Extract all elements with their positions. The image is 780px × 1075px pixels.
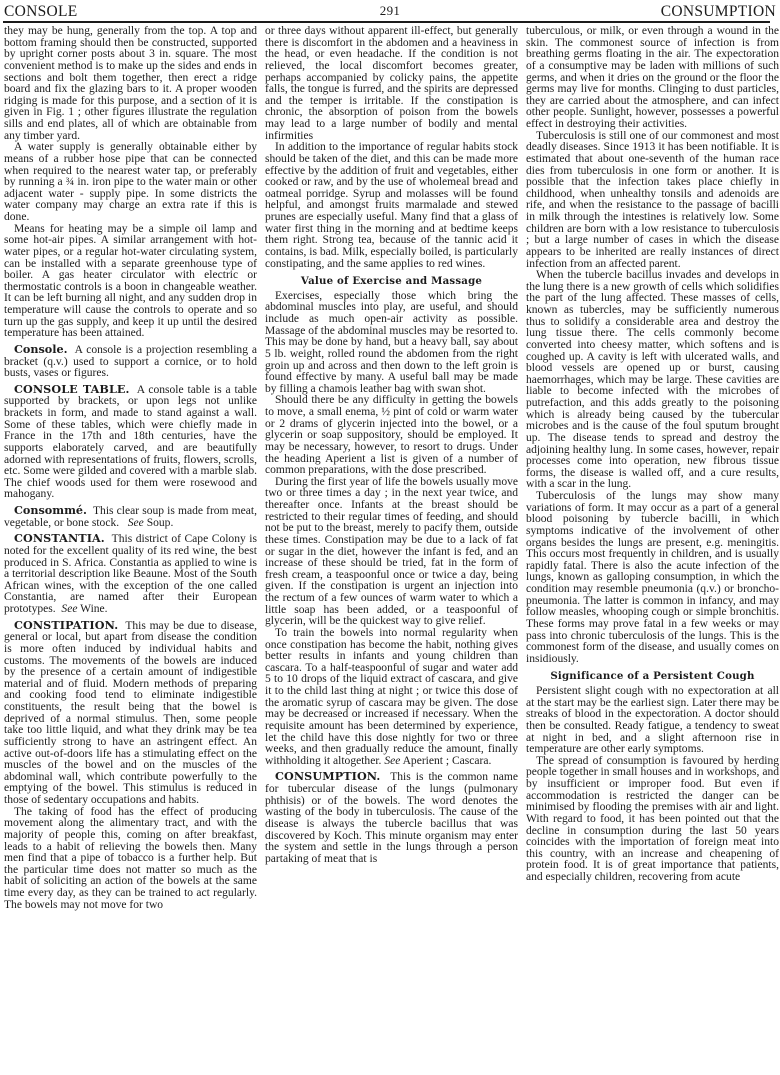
see-label: See	[128, 517, 144, 529]
running-head-right: CONSUMPTION	[661, 3, 776, 21]
paragraph: or three days without apparent ill-effec…	[265, 26, 518, 142]
running-head-left: CONSOLE	[4, 3, 78, 21]
headword: Console.	[14, 342, 68, 356]
paragraph: Exercises, especially those which bring …	[265, 291, 518, 396]
entry-console: Console. A console is a projection resem…	[4, 344, 257, 380]
entry-consumption: CONSUMPTION. This is the common name for…	[265, 771, 518, 865]
entry-text: This district of Cape Colony is noted fo…	[4, 533, 257, 615]
headword: CONSTANTIA.	[14, 531, 105, 545]
entry-constantia: CONSTANTIA. This district of Cape Colony…	[4, 533, 257, 615]
running-header: CONSOLE 291 CONSUMPTION	[4, 1, 776, 21]
paragraph: When the tubercle bacillus invades and d…	[526, 270, 779, 491]
entry-text: This is the common name for tubercular d…	[265, 771, 518, 864]
paragraph: Persistent slight cough with no expector…	[526, 686, 779, 756]
paragraph-text: To train the bowels into normal regulari…	[265, 627, 518, 767]
see-label: See	[61, 603, 77, 615]
paragraph: To train the bowels into normal regulari…	[265, 628, 518, 768]
entry-text: A console table is a table supported by …	[4, 384, 257, 501]
cross-reference: Soup.	[147, 517, 174, 529]
cross-reference: Aperient ; Cascara.	[403, 755, 492, 767]
column-1: they may be hung, generally from the top…	[4, 26, 257, 1071]
cross-reference: Wine.	[80, 603, 107, 615]
paragraph: The taking of food has the effect of pro…	[4, 807, 257, 912]
page-number: 291	[380, 3, 400, 19]
paragraph: Means for heating may be a simple oil la…	[4, 224, 257, 340]
column-3: tuberculous, or milk, or even through a …	[526, 26, 779, 1071]
section-subheading: Significance of a Persistent Cough	[526, 671, 779, 683]
page-body: they may be hung, generally from the top…	[4, 26, 776, 1071]
paragraph: they may be hung, generally from the top…	[4, 26, 257, 142]
entry-consomme: Consommé. This clear soup is made from m…	[4, 505, 257, 529]
paragraph: Tuberculosis of the lungs may show many …	[526, 491, 779, 665]
headword: CONSUMPTION.	[275, 769, 380, 783]
headword: CONSTIPATION.	[14, 618, 118, 632]
paragraph: Should there be any difficulty in gettin…	[265, 395, 518, 476]
entry-text: This may be due to disease, general or l…	[4, 620, 257, 806]
paragraph: Tuberculosis is still one of our commone…	[526, 131, 779, 271]
headword: Consommé.	[14, 503, 87, 517]
paragraph: tuberculous, or milk, or even through a …	[526, 26, 779, 131]
see-label: See	[384, 755, 400, 767]
paragraph: A water supply is generally obtainable e…	[4, 142, 257, 223]
column-2: or three days without apparent ill-effec…	[265, 26, 518, 1071]
entry-constipation: CONSTIPATION. This may be due to disease…	[4, 620, 257, 807]
paragraph: The spread of consumption is favoured by…	[526, 756, 779, 884]
section-subheading: Value of Exercise and Massage	[265, 276, 518, 288]
header-rule	[3, 21, 770, 23]
paragraph: In addition to the importance of regular…	[265, 142, 518, 270]
headword: CONSOLE TABLE.	[14, 382, 130, 396]
entry-console-table: CONSOLE TABLE. A console table is a tabl…	[4, 384, 257, 501]
paragraph: During the first year of life the bowels…	[265, 477, 518, 628]
